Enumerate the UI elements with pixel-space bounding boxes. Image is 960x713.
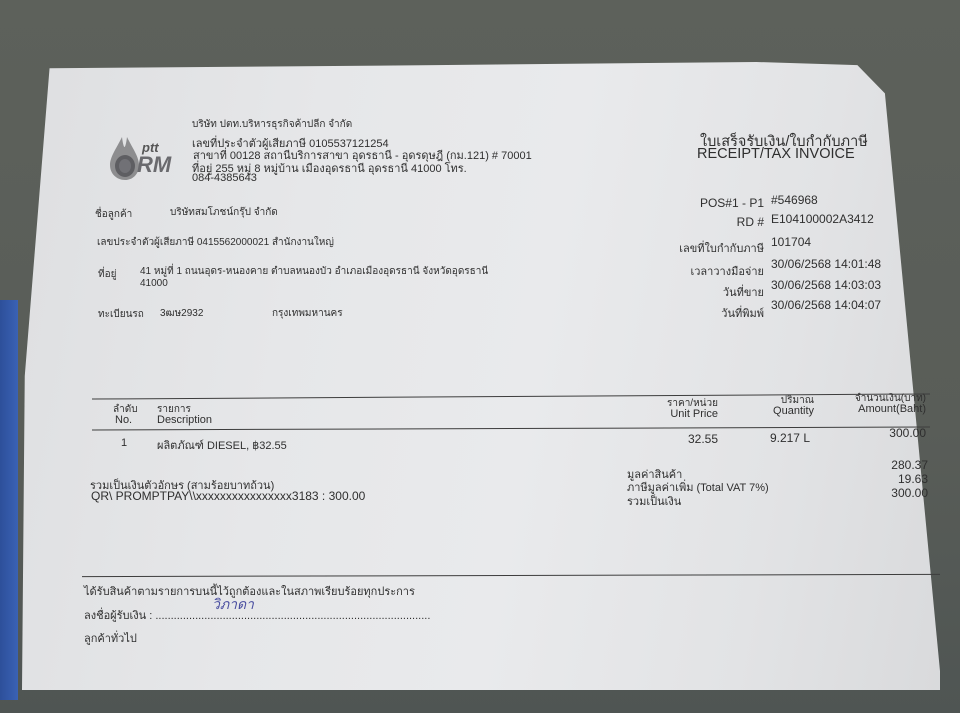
subtotal-value: 280.37 [840, 458, 928, 472]
plate-label: ทะเบียนรถ [98, 307, 144, 322]
seller-company-name: บริษัท ปตท.บริหารธุรกิจค้าปลีก จำกัด [192, 117, 352, 132]
meta-label-rd: RD # [640, 215, 764, 229]
plate-number: 3ฒษ2932 [160, 306, 203, 321]
row-quantity: 9.217 L [720, 431, 810, 445]
background-blue-object [0, 300, 18, 700]
customer-address-label: ที่อยู่ [98, 267, 116, 282]
header-desc-en: Description [157, 414, 212, 426]
header-amount-en: Amount(Baht) [830, 403, 926, 415]
total-label: รวมเป็นเงิน [627, 492, 681, 510]
meta-value-print-date: 30/06/2568 14:04:07 [771, 298, 881, 312]
seller-phone: 084-4385643 [192, 172, 257, 184]
customer-name: บริษัทสมโภชน์กรุ๊ป จำกัด [170, 205, 278, 220]
meta-value-rd: E104100002A3412 [771, 212, 874, 226]
handwritten-signature: วิภาดา [212, 594, 254, 616]
header-no-en: No. [115, 414, 132, 426]
meta-label-sale-date: วันที่ขาย [640, 283, 764, 301]
total-value: 300.00 [840, 486, 928, 500]
row-unit-price: 32.55 [630, 432, 718, 446]
plate-province: กรุงเทพมหานคร [272, 306, 343, 321]
header-price-en: Unit Price [630, 408, 718, 420]
signature-line: ลงชื่อผู้รับเงิน : .....................… [84, 606, 430, 624]
meta-value-payment-time: 30/06/2568 14:01:48 [771, 257, 881, 271]
row-amount: 300.00 [830, 426, 926, 440]
customer-type: ลูกค้าทั่วไป [84, 629, 137, 647]
logo-text-rm: RM [137, 152, 171, 178]
meta-value-sale-date: 30/06/2568 14:03:03 [771, 278, 881, 292]
document-title-en: RECEIPT/TAX INVOICE [697, 146, 855, 162]
customer-address-line2: 41000 [140, 278, 168, 289]
payment-method: QR\ PROMPTPAY\\xxxxxxxxxxxxxxxx3183 : 30… [91, 489, 365, 503]
meta-value-pos: #546968 [771, 193, 818, 207]
meta-label-print-date: วันที่พิมพ์ [640, 304, 764, 322]
meta-value-tax-invoice-no: 101704 [771, 235, 811, 249]
row-description: ผลิตภัณฑ์ DIESEL, ฿32.55 [157, 436, 287, 454]
customer-address-line1: 41 หมู่ที่ 1 ถนนอุดร-หนองคาย ตำบลหนองบัว… [140, 264, 488, 279]
customer-tax-id: เลขประจำตัวผู้เสียภาษี 0415562000021 สำน… [97, 235, 334, 250]
header-qty-en: Quantity [730, 405, 814, 417]
vat-value: 19.63 [840, 472, 928, 486]
meta-label-pos: POS#1 - P1 [640, 196, 764, 210]
customer-name-label: ชื่อลูกค้า [95, 207, 132, 222]
row-no: 1 [121, 437, 127, 449]
meta-label-payment-time: เวลาวางมือจ่าย [640, 262, 764, 280]
meta-label-tax-invoice-no: เลขที่ใบกำกับภาษี [640, 239, 764, 257]
